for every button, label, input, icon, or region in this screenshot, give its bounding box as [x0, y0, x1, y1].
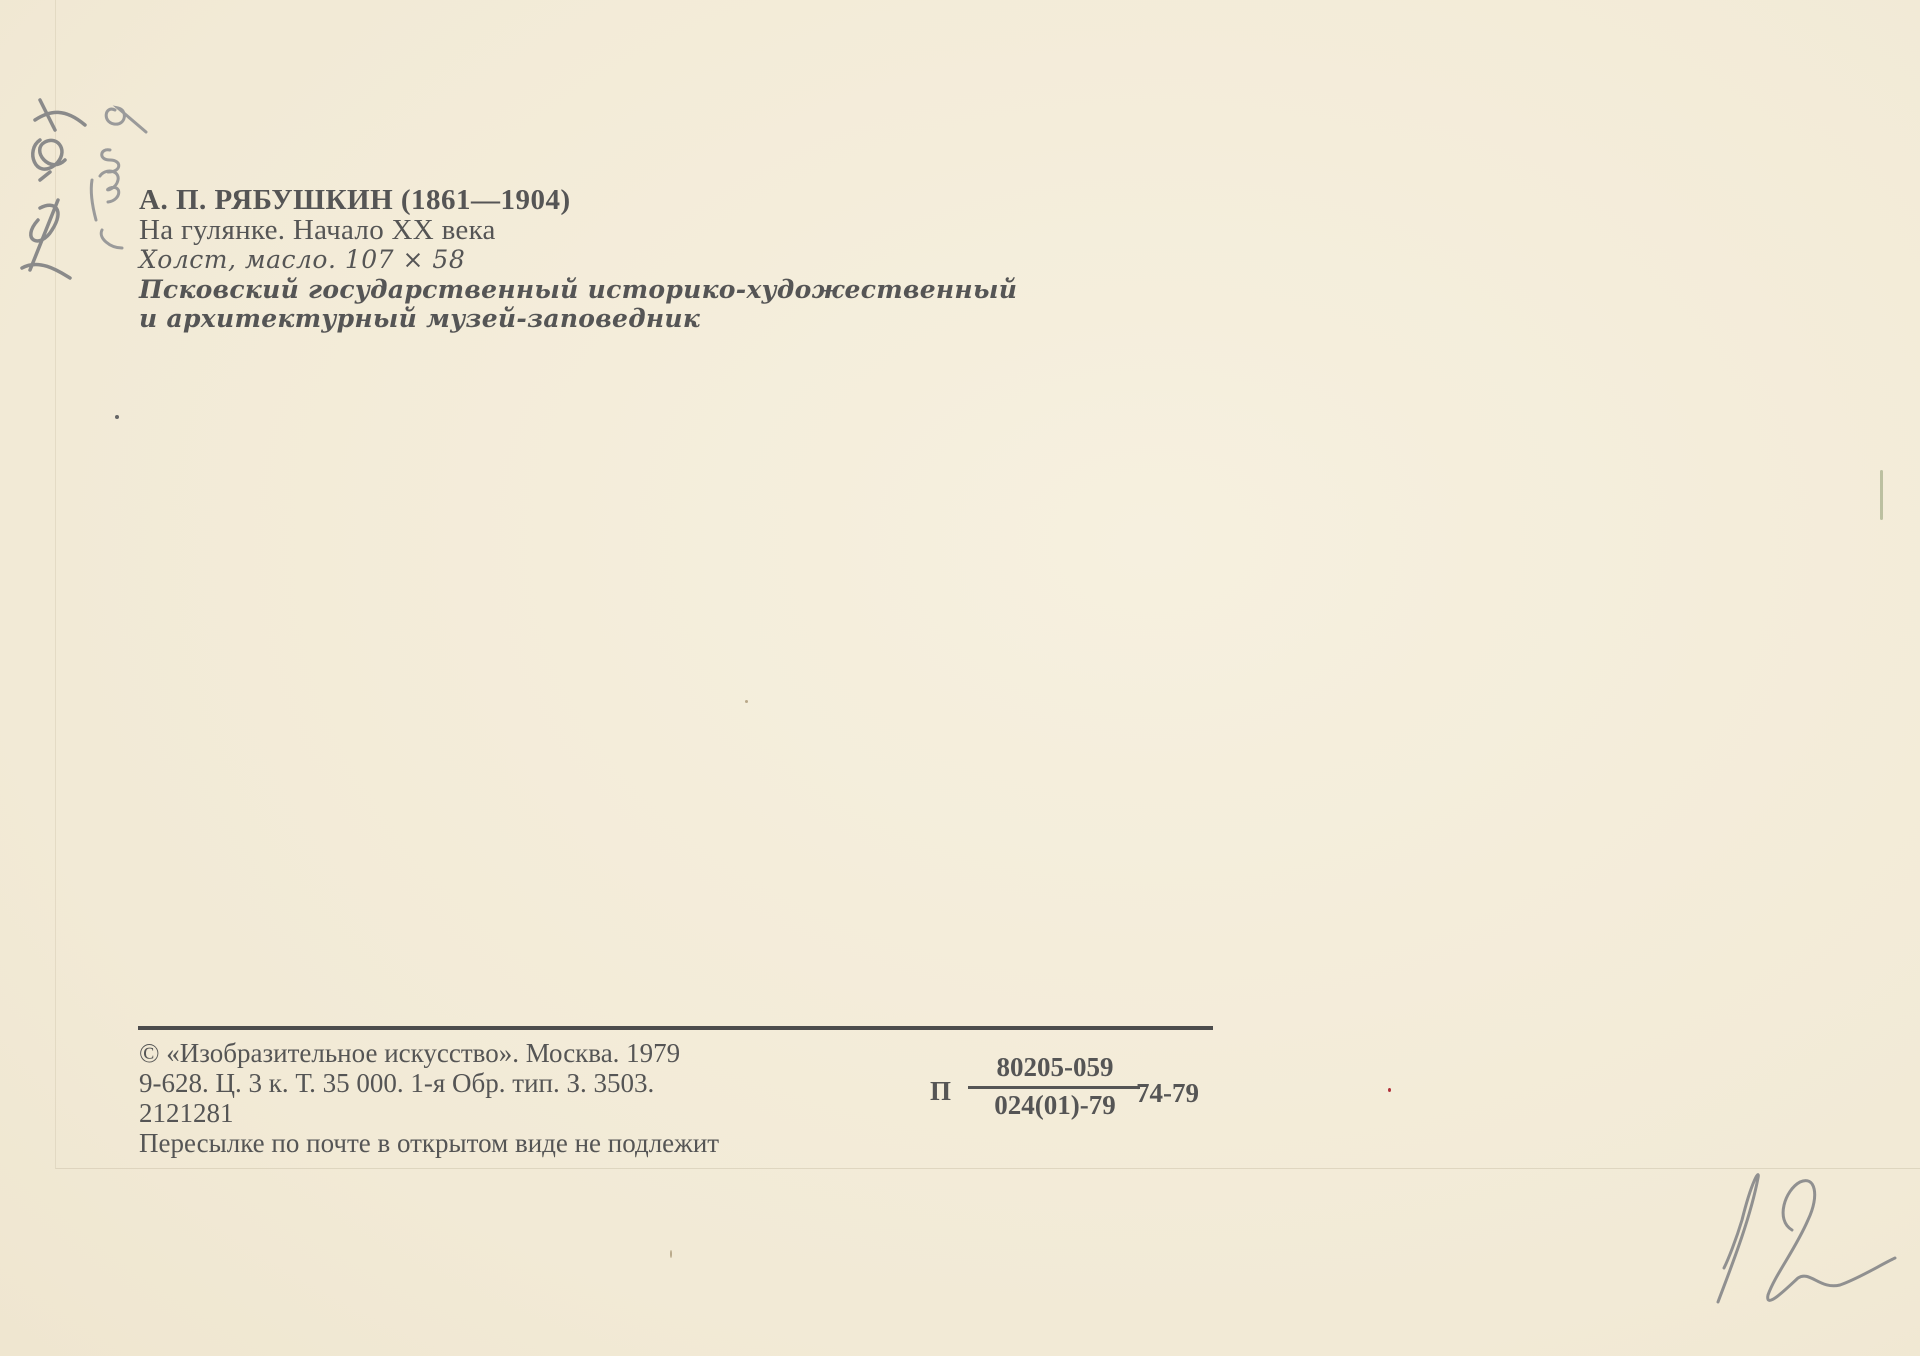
artwork-title: На гулянке. Начало XX века — [139, 216, 1017, 246]
index-suffix: 74-79 — [1136, 1078, 1199, 1109]
paper-speck — [745, 700, 748, 703]
postcard-back: А. П. РЯБУШКИН (1861—1904) На гулянке. Н… — [0, 0, 1920, 1356]
collection-line-2: и архитектурный музей-заповедник — [139, 304, 1017, 334]
index-denominator: 024(01)-79 — [970, 1090, 1140, 1121]
catalog-code: 2121281 — [139, 1098, 719, 1128]
index-numerator: 80205-059 — [970, 1052, 1140, 1083]
artist-name: А. П. РЯБУШКИН (1861—1904) — [139, 186, 1017, 216]
publisher-line: © «Изобразительное искусство». Москва. 1… — [139, 1038, 719, 1068]
imprint-divider — [138, 1026, 1213, 1030]
paper-speck — [115, 415, 119, 419]
fraction-bar — [968, 1086, 1140, 1089]
publisher-imprint: © «Изобразительное искусство». Москва. 1… — [139, 1038, 719, 1158]
artwork-caption: А. П. РЯБУШКИН (1861—1904) На гулянке. Н… — [139, 186, 1017, 334]
paper-speck — [1880, 470, 1883, 520]
collection-line-1: Псковский государственный историко-худож… — [139, 275, 1017, 305]
artwork-medium: Холст, масло. 107 × 58 — [139, 245, 1017, 275]
index-prefix: П — [930, 1076, 951, 1107]
handwritten-inventory-number — [10, 80, 150, 280]
print-area-edge — [55, 0, 1920, 1169]
postal-note: Пересылке по почте в открытом виде не по… — [139, 1128, 719, 1158]
print-info-line: 9-628. Ц. 3 к. Т. 35 000. 1-я Обр. тип. … — [139, 1068, 719, 1098]
paper-speck — [670, 1250, 672, 1258]
handwritten-page-number — [1680, 1160, 1900, 1320]
paper-speck — [1388, 1088, 1391, 1092]
